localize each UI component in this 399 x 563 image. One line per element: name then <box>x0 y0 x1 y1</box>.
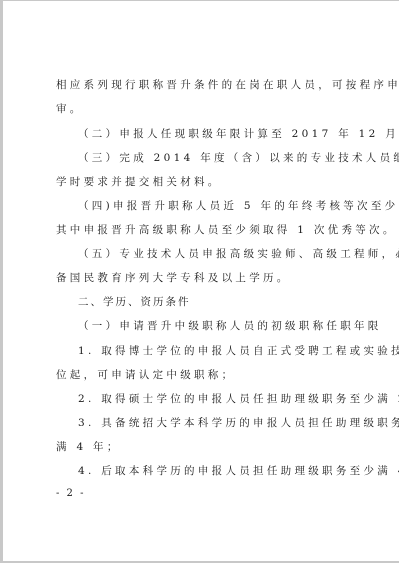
text-line: 备国民教育序列大学专科及以上学历。 <box>56 268 291 288</box>
text-line: 3. 具备统招大学本科学历的申报人员担任助理级职务至少 <box>78 413 399 433</box>
page-border-left <box>0 0 3 563</box>
text-line: （四)申报晋升职称人员近 5 年的年终考核等次至少为合格， <box>78 196 399 216</box>
page-number: - 2 - <box>56 488 85 499</box>
text-line: （二）申报人任现职级年限计算至 2017 年 12 月 31 日。 <box>78 124 399 144</box>
text-line: 满 4 年； <box>56 437 121 457</box>
text-line: 其中申报晋升高级职称人员至少须取得 1 次优秀等次。 <box>56 220 397 240</box>
text-line: 1. 取得博士学位的申报人员自正式受聘工程或实验技术岗 <box>78 341 399 361</box>
text-line: 审。 <box>56 99 84 119</box>
text-line: （一）申请晋升中级职称人员的初级职称任职年限 <box>78 316 382 336</box>
text-line: 4. 后取本科学历的申报人员担任助理级职务至少满 4 年且取 <box>78 461 399 481</box>
text-line: （三）完成 2014 年度（含）以来的专业技术人员继续教育 <box>78 148 399 168</box>
text-line: 2. 取得硕士学位的申报人员任担助理级职务至少满 2 年； <box>78 389 399 409</box>
page-border-top <box>0 0 399 1</box>
text-line: 相应系列现行职称晋升条件的在岗在职人员，可按程序申请评 <box>56 75 399 95</box>
text-line: 位起，可申请认定中级职称； <box>56 365 235 385</box>
text-line: （五）专业技术人员申报高级实验师、高级工程师，必须具 <box>78 244 399 264</box>
section-heading: 二、学历、资历条件 <box>78 292 191 312</box>
text-line: 学时要求并提交相关材料。 <box>56 172 222 192</box>
